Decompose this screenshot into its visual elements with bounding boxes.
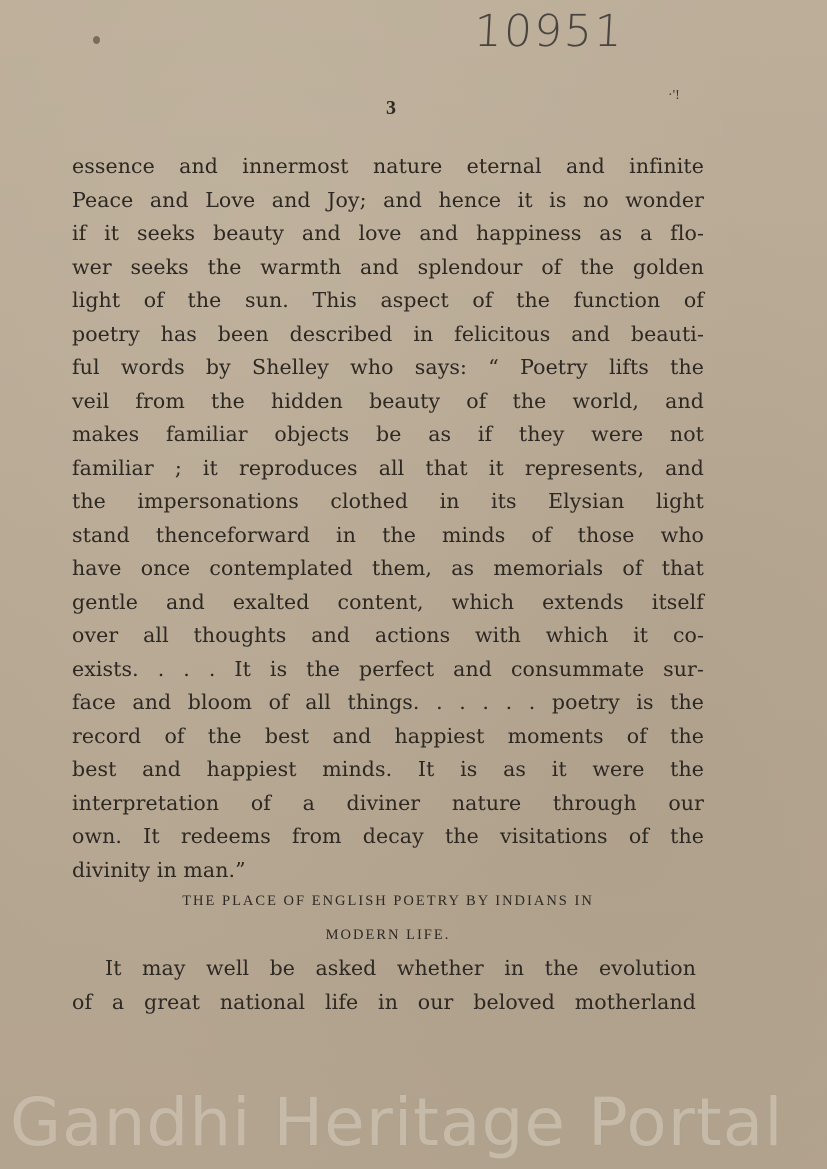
- text-line: familiar ; it reproduces all that it rep…: [72, 452, 704, 486]
- paragraph-national-life: It may well be asked whether in the evol…: [72, 952, 696, 1019]
- text-line: best and happiest minds. It is as it wer…: [72, 753, 704, 787]
- text-line: if it seeks beauty and love and happines…: [72, 217, 704, 251]
- text-line: exists. . . . It is the perfect and cons…: [72, 653, 704, 687]
- text-line: own. It redeems from decay the visitatio…: [72, 820, 704, 854]
- watermark: Gandhi Heritage Portal: [10, 1084, 784, 1161]
- scanned-page: 10951 3 ·'! essence and innermost nature…: [0, 0, 827, 1169]
- text-line: essence and innermost nature eternal and…: [72, 150, 704, 184]
- corner-mark: ·'!: [668, 88, 680, 104]
- text-line: wer seeks the warmth and splendour of th…: [72, 251, 704, 285]
- text-line: gentle and exalted content, which extend…: [72, 586, 704, 620]
- text-line: record of the best and happiest moments …: [72, 720, 704, 754]
- text-line: poetry has been described in felicitous …: [72, 318, 704, 352]
- text-line: face and bloom of all things. . . . . . …: [72, 686, 704, 720]
- section-heading: THE PLACE OF ENGLISH POETRY BY INDIANS I…: [72, 893, 704, 910]
- section-heading-continued: MODERN LIFE.: [72, 927, 704, 944]
- text-line: over all thoughts and actions with which…: [72, 619, 704, 653]
- ink-spot: [93, 36, 100, 44]
- paragraph-shelley-quote: essence and innermost nature eternal and…: [72, 150, 704, 887]
- text-line: Peace and Love and Joy; and hence it is …: [72, 184, 704, 218]
- text-line: makes familiar objects be as if they wer…: [72, 418, 704, 452]
- text-line: veil from the hidden beauty of the world…: [72, 385, 704, 419]
- text-line: interpretation of a diviner nature throu…: [72, 787, 704, 821]
- text-line: It may well be asked whether in the evol…: [72, 952, 696, 986]
- text-line: have once contemplated them, as memorial…: [72, 552, 704, 586]
- handwritten-accession-number: 10951: [473, 6, 626, 57]
- text-line: of a great national life in our beloved …: [72, 986, 696, 1020]
- text-line: light of the sun. This aspect of the fun…: [72, 284, 704, 318]
- text-line: divinity in man.”: [72, 854, 704, 888]
- text-line: stand thenceforward in the minds of thos…: [72, 519, 704, 553]
- page-number: 3: [386, 97, 396, 120]
- text-line: ful words by Shelley who says: “ Poetry …: [72, 351, 704, 385]
- text-line: the impersonations clothed in its Elysia…: [72, 485, 704, 519]
